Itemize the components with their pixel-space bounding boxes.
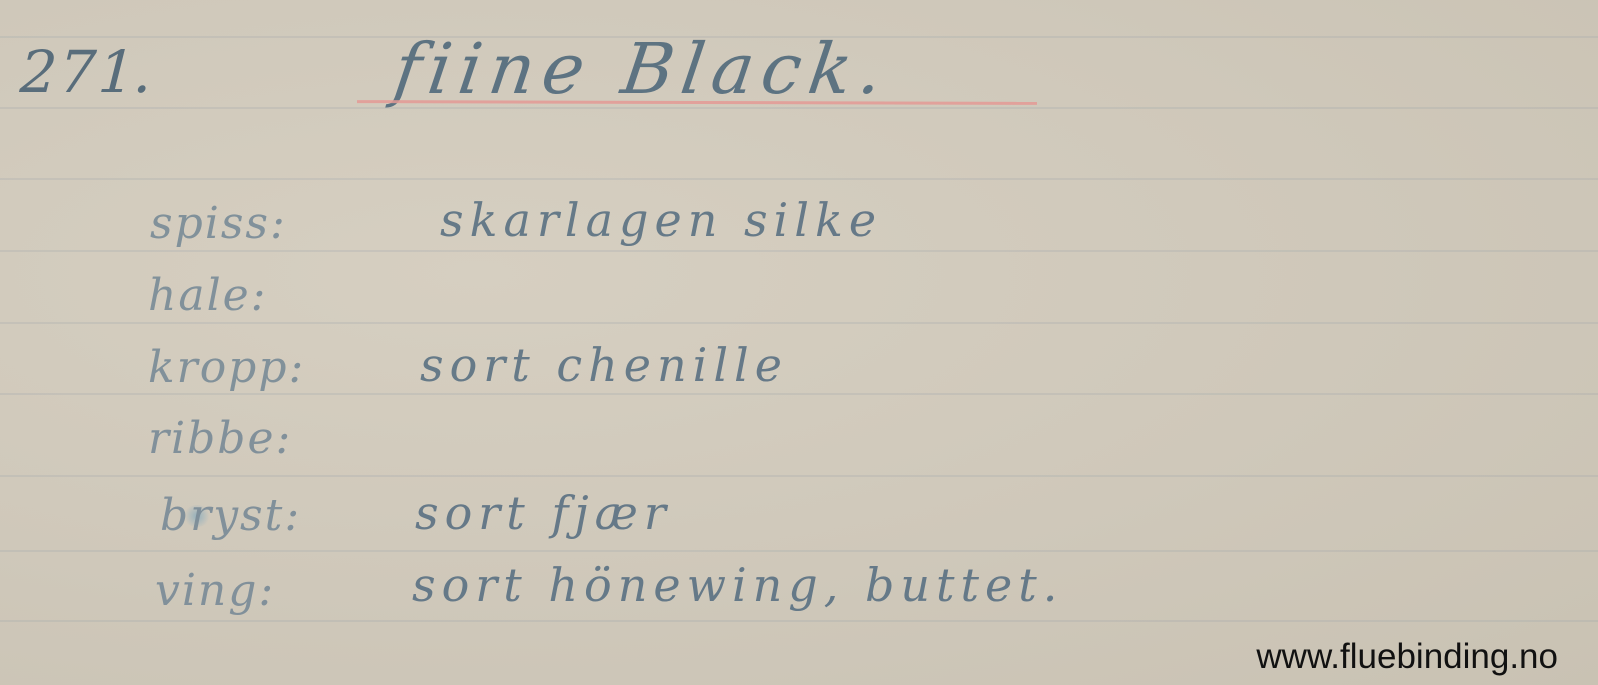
handwritten-notebook-page: 271. fiine Black. spiss: skarlagen silke… [0,0,1598,685]
row-value: skarlagen silke [440,193,882,247]
row-label: spiss: [150,198,287,249]
ruled-line [0,250,1598,252]
page-title: fiine Black. [389,28,895,110]
ruled-line [0,178,1598,180]
row-label: ribbe: [148,413,292,464]
row-value: sort chenille [420,338,788,392]
entry-number: 271. [12,38,166,106]
website-watermark: www.fluebinding.no [1256,637,1558,677]
row-label: kropp: [148,342,305,393]
ruled-line [0,620,1598,622]
row-label: bryst: [160,490,301,541]
row-label: ving: [155,565,275,616]
ruled-line [0,322,1598,324]
row-label: hale: [148,270,268,321]
row-value: sort fjær [415,486,672,540]
ruled-line [0,550,1598,552]
ruled-line [0,393,1598,395]
ruled-line [0,475,1598,477]
row-value: sort hönewing, buttet. [412,558,1063,612]
